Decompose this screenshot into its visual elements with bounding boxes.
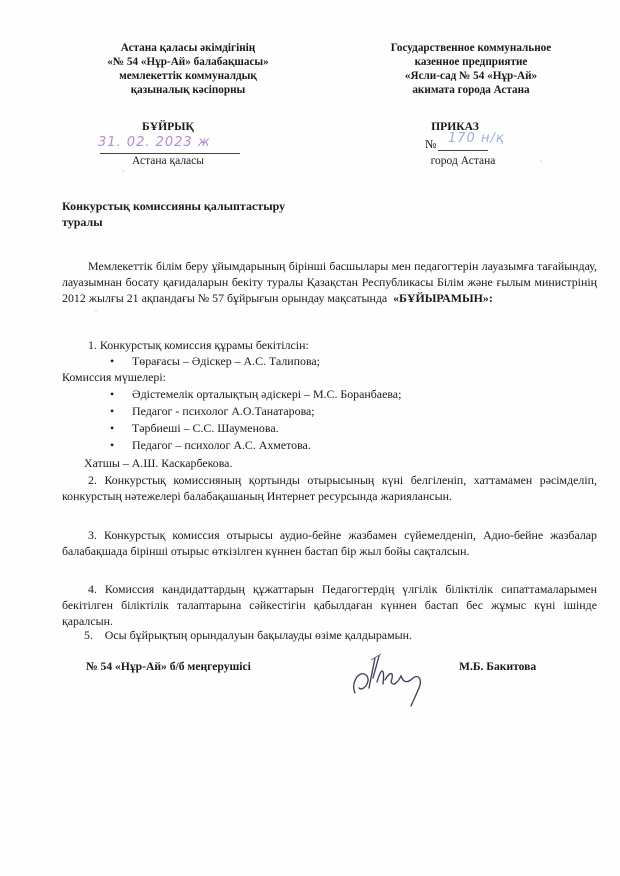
org-header-kz-line: «№ 54 «Нұр-Ай» балабақшасы» <box>62 55 314 69</box>
item-3: 3. Конкурстық комиссия отырысы аудио-бей… <box>62 527 597 559</box>
member-text: Әдістемелік орталықтың әдіскері – М.С. Б… <box>132 387 401 401</box>
chair-text: Төрағасы – Әдіскер – А.С. Талипова; <box>132 354 320 368</box>
signature-icon <box>345 648 445 708</box>
bullet-icon: • <box>110 403 132 419</box>
signatory-name: М.Б. Бакитова <box>459 660 536 673</box>
city-kz: Астана қаласы <box>108 155 228 167</box>
org-header-ru-line: казенное предприятие <box>355 55 587 69</box>
item-2: 2. Конкурстық комиссияның қортынды отыры… <box>62 472 597 504</box>
document-subject: Конкурстық комиссияны қалыптастыру турал… <box>62 198 362 230</box>
org-header-ru-line: Государственное коммунальное <box>355 41 587 55</box>
document-page: Астана қаласы әкімдігінің «№ 54 «Нұр-Ай»… <box>0 0 620 876</box>
signatory-position: № 54 «Нұр-Ай» б/б меңгерушісі <box>86 660 251 673</box>
org-header-ru: Государственное коммунальное казенное пр… <box>355 41 587 97</box>
org-header-kz-line: қазыналық кәсіпорны <box>62 83 314 97</box>
item-5: 5. Осы бұйрықтың орындалуын бақылауды өз… <box>84 627 619 643</box>
member-text: Педагог – психолог А.С. Ахметова. <box>132 438 311 452</box>
date-underline <box>100 153 240 154</box>
members-label: Комиссия мүшелері: <box>62 369 597 385</box>
member-text: Тәрбиеші – С.С. Шауменова. <box>132 421 279 435</box>
city-ru: город Астана <box>418 155 508 167</box>
secretary-line: Хатшы – А.Ш. Каскарбекова. <box>84 455 619 471</box>
scan-artifact <box>200 94 202 96</box>
member-bullet-item: •Тәрбиеші – С.С. Шауменова. <box>110 420 279 436</box>
order-word: «БҰЙЫРАМЫН»: <box>393 291 493 305</box>
member-bullet-item: •Педагог - психолог А.О.Танатарова; <box>110 403 315 419</box>
chair-bullet-item: •Төрағасы – Әдіскер – А.С. Талипова; <box>110 353 320 369</box>
bullet-icon: • <box>110 437 132 453</box>
handwritten-date: 31. 02. 2023 ж <box>98 135 248 150</box>
bullet-icon: • <box>110 386 132 402</box>
number-underline <box>438 150 488 151</box>
item-1: 1. Конкурстық комиссия құрамы бекітілсін… <box>88 337 620 353</box>
org-header-kz: Астана қаласы әкімдігінің «№ 54 «Нұр-Ай»… <box>62 41 314 97</box>
member-bullet-item: •Педагог – психолог А.С. Ахметова. <box>110 437 311 453</box>
handwritten-order-number: 170 н/қ <box>448 131 548 146</box>
subject-line: туралы <box>62 214 362 230</box>
order-number-prefix: № <box>425 137 436 152</box>
org-header-ru-line: акимата города Астана <box>355 83 587 97</box>
member-text: Педагог - психолог А.О.Танатарова; <box>132 404 315 418</box>
org-header-kz-line: мемлекеттік коммуналдық <box>62 69 314 83</box>
member-bullet-item: •Әдістемелік орталықтың әдіскері – М.С. … <box>110 386 401 402</box>
scan-artifact <box>122 170 124 172</box>
scan-artifact <box>95 310 97 312</box>
subject-line: Конкурстық комиссияны қалыптастыру <box>62 198 362 214</box>
org-header-ru-line: «Ясли-сад № 54 «Нұр-Ай» <box>355 69 587 83</box>
org-header-kz-line: Астана қаласы әкімдігінің <box>62 41 314 55</box>
intro-paragraph: Мемлекеттік білім беру ұйымдарының бірін… <box>62 258 597 306</box>
intro-text: Мемлекеттік білім беру ұйымдарының бірін… <box>62 259 597 305</box>
scan-artifact <box>540 160 542 162</box>
bullet-icon: • <box>110 420 132 436</box>
item-4: 4. Комиссия кандидаттардың құжаттарын Пе… <box>62 581 597 629</box>
order-title-kz: БҰЙРЫҚ <box>108 120 228 133</box>
bullet-icon: • <box>110 353 132 369</box>
